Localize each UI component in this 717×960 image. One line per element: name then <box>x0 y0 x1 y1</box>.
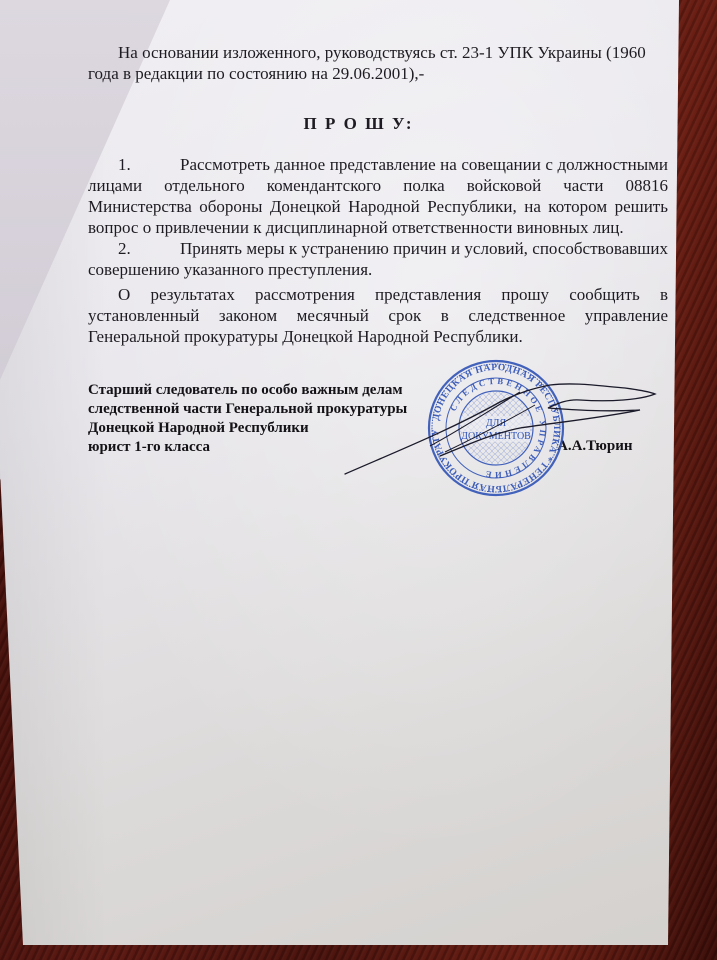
request-heading: П Р О Ш У: <box>0 113 717 134</box>
signatory-title-line-2: следственной части Генеральной прокурату… <box>88 400 407 419</box>
item-1-line-1: 1.Рассмотреть данное представление на со… <box>88 154 668 175</box>
item-1-number: 1. <box>88 154 180 175</box>
item-1-line-2: лицами отдельного комендантского полка в… <box>88 175 668 196</box>
intro-line-2: года в редакции по состоянию на 29.06.20… <box>88 63 668 84</box>
signer-name: А.А.Тюрин <box>557 436 633 457</box>
seal-center-line-2: ДОКУМЕНТОВ <box>461 431 531 442</box>
item-2-line-2: совершению указанного преступления. <box>88 259 668 280</box>
signatory-title-line-3: Донецкой Народной Республики <box>88 419 407 438</box>
item-1-line-3: Министерства обороны Донецкой Народной Р… <box>88 196 668 217</box>
signatory-title: Старший следователь по особо важным дела… <box>88 381 407 457</box>
intro-line-1: На основании изложенного, руководствуясь… <box>88 42 668 63</box>
closing-line-3: Генеральной прокуратуры Донецкой Народно… <box>88 326 668 347</box>
seal-center-line-1: ДЛЯ <box>486 418 507 429</box>
intro-paragraph: На основании изложенного, руководствуясь… <box>88 42 668 84</box>
official-seal-stamp: ДОНЕЦКАЯ НАРОДНАЯ РЕСПУБЛИКА * ГЕНЕРАЛЬН… <box>426 358 566 498</box>
closing-line-2: установленный законом месячный срок в сл… <box>88 305 668 326</box>
request-item-1: 1.Рассмотреть данное представление на со… <box>88 154 668 238</box>
request-item-2: 2.Принять меры к устранению причин и усл… <box>88 238 668 280</box>
page-lighting <box>0 0 717 960</box>
closing-paragraph: О результатах рассмотрения представления… <box>88 284 668 347</box>
item-1-line-4: вопрос о привлечении к дисциплинарной от… <box>88 217 668 238</box>
signatory-title-line-1: Старший следователь по особо важным дела… <box>88 381 407 400</box>
signatory-title-line-4: юрист 1-го класса <box>88 438 407 457</box>
closing-line-1: О результатах рассмотрения представления… <box>88 284 668 305</box>
item-2-line-1: 2.Принять меры к устранению причин и усл… <box>88 238 668 259</box>
item-2-number: 2. <box>88 238 180 259</box>
